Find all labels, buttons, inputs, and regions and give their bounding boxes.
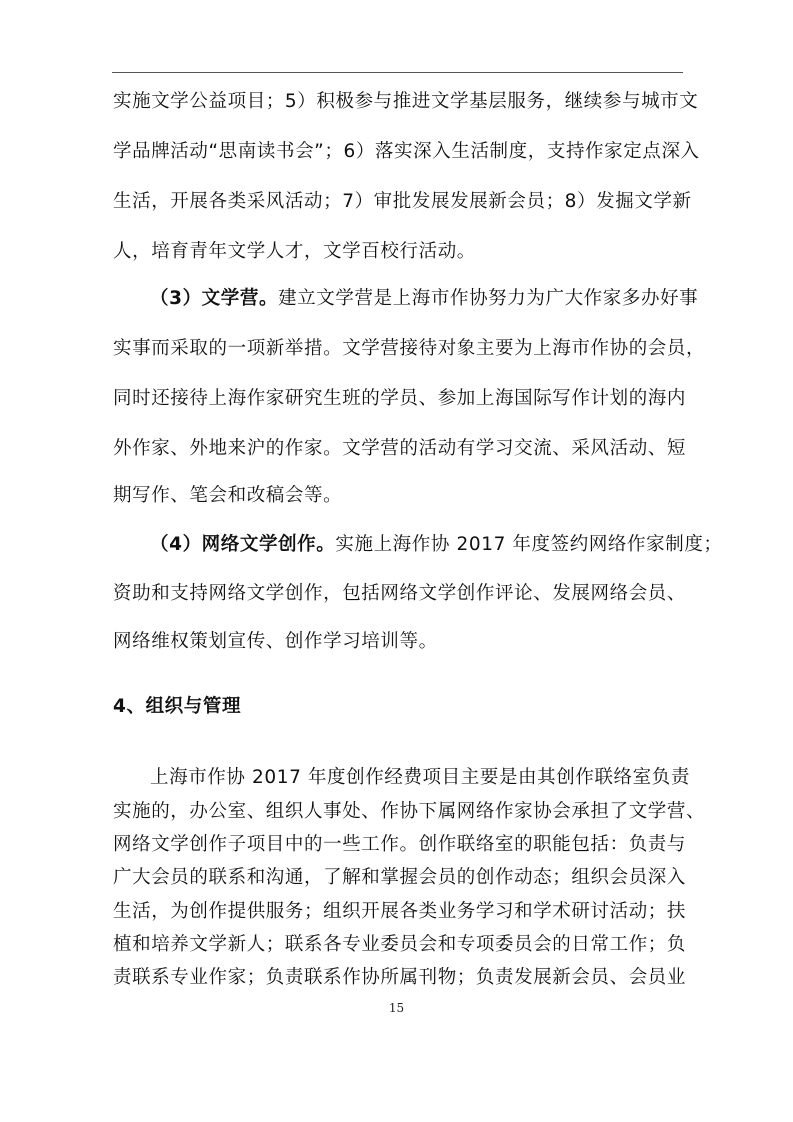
paragraph-line: 人，培育青年文学人才，文学百校行活动。	[113, 240, 683, 264]
paragraph-line: 实施的，办公室、组织人事处、作协下属网络作家协会承担了文学营、	[113, 800, 683, 824]
section-heading: 4、组织与管理	[113, 695, 683, 719]
paragraph-line: 实事而采取的一项新举措。文学营接待对象主要为上海市作协的会员，	[113, 337, 683, 361]
paragraph-line: 网络维权策划宣传、创作学习培训等。	[113, 630, 683, 654]
paragraph-line: 上海市作协 2017 年度创作经费项目主要是由其创作联络室负责	[150, 766, 683, 790]
paragraph-line: 植和培养文学新人；联系各专业委员会和专项委员会的日常工作；负	[113, 933, 683, 957]
paragraph-text: 实施上海作协 2017 年度签约网络作家制度；	[335, 534, 722, 555]
paragraph-line: 外作家、外地来沪的作家。文学营的活动有学习交流、采风活动、短	[113, 437, 683, 461]
paragraph-line-first: （4）网络文学创作。实施上海作协 2017 年度签约网络作家制度；	[150, 533, 683, 557]
paragraph-line: 责联系专业作家；负责联系作协所属刊物；负责发展新会员、会员业	[113, 966, 683, 990]
paragraph-line: 实施文学公益项目；5）积极参与推进文学基层服务，继续参与城市文	[113, 90, 683, 114]
paragraph-line: 学品牌活动“思南读书会”；6）落实深入生活制度，支持作家定点深入	[113, 140, 683, 164]
paragraph-line: 生活，开展各类采风活动；7）审批发展发展新会员；8）发掘文学新	[113, 190, 683, 214]
paragraph-line: 生活，为创作提供服务；组织开展各类业务学习和学术研讨活动；扶	[113, 900, 683, 924]
subsection-label-literary-camp: （3）文学营。	[150, 288, 278, 309]
paragraph-line: 网络文学创作子项目中的一些工作。创作联络室的职能包括：负责与	[113, 833, 683, 857]
page-number: 15	[0, 1001, 793, 1015]
paragraph-line: 资助和支持网络文学创作，包括网络文学创作评论、发展网络会员、	[113, 582, 683, 606]
paragraph-line: 期写作、笔会和改稿会等。	[113, 484, 683, 508]
paragraph-line-first: （3）文学营。建立文学营是上海市作协努力为广大作家多办好事	[150, 287, 683, 311]
header-rule	[112, 72, 683, 73]
subsection-label-online-literature: （4）网络文学创作。	[150, 534, 335, 555]
paragraph-line: 同时还接待上海作家研究生班的学员、参加上海国际写作计划的海内	[113, 387, 683, 411]
paragraph-line: 广大会员的联系和沟通，了解和掌握会员的创作动态；组织会员深入	[113, 866, 683, 890]
paragraph-text: 建立文学营是上海市作协努力为广大作家多办好事	[278, 288, 698, 309]
